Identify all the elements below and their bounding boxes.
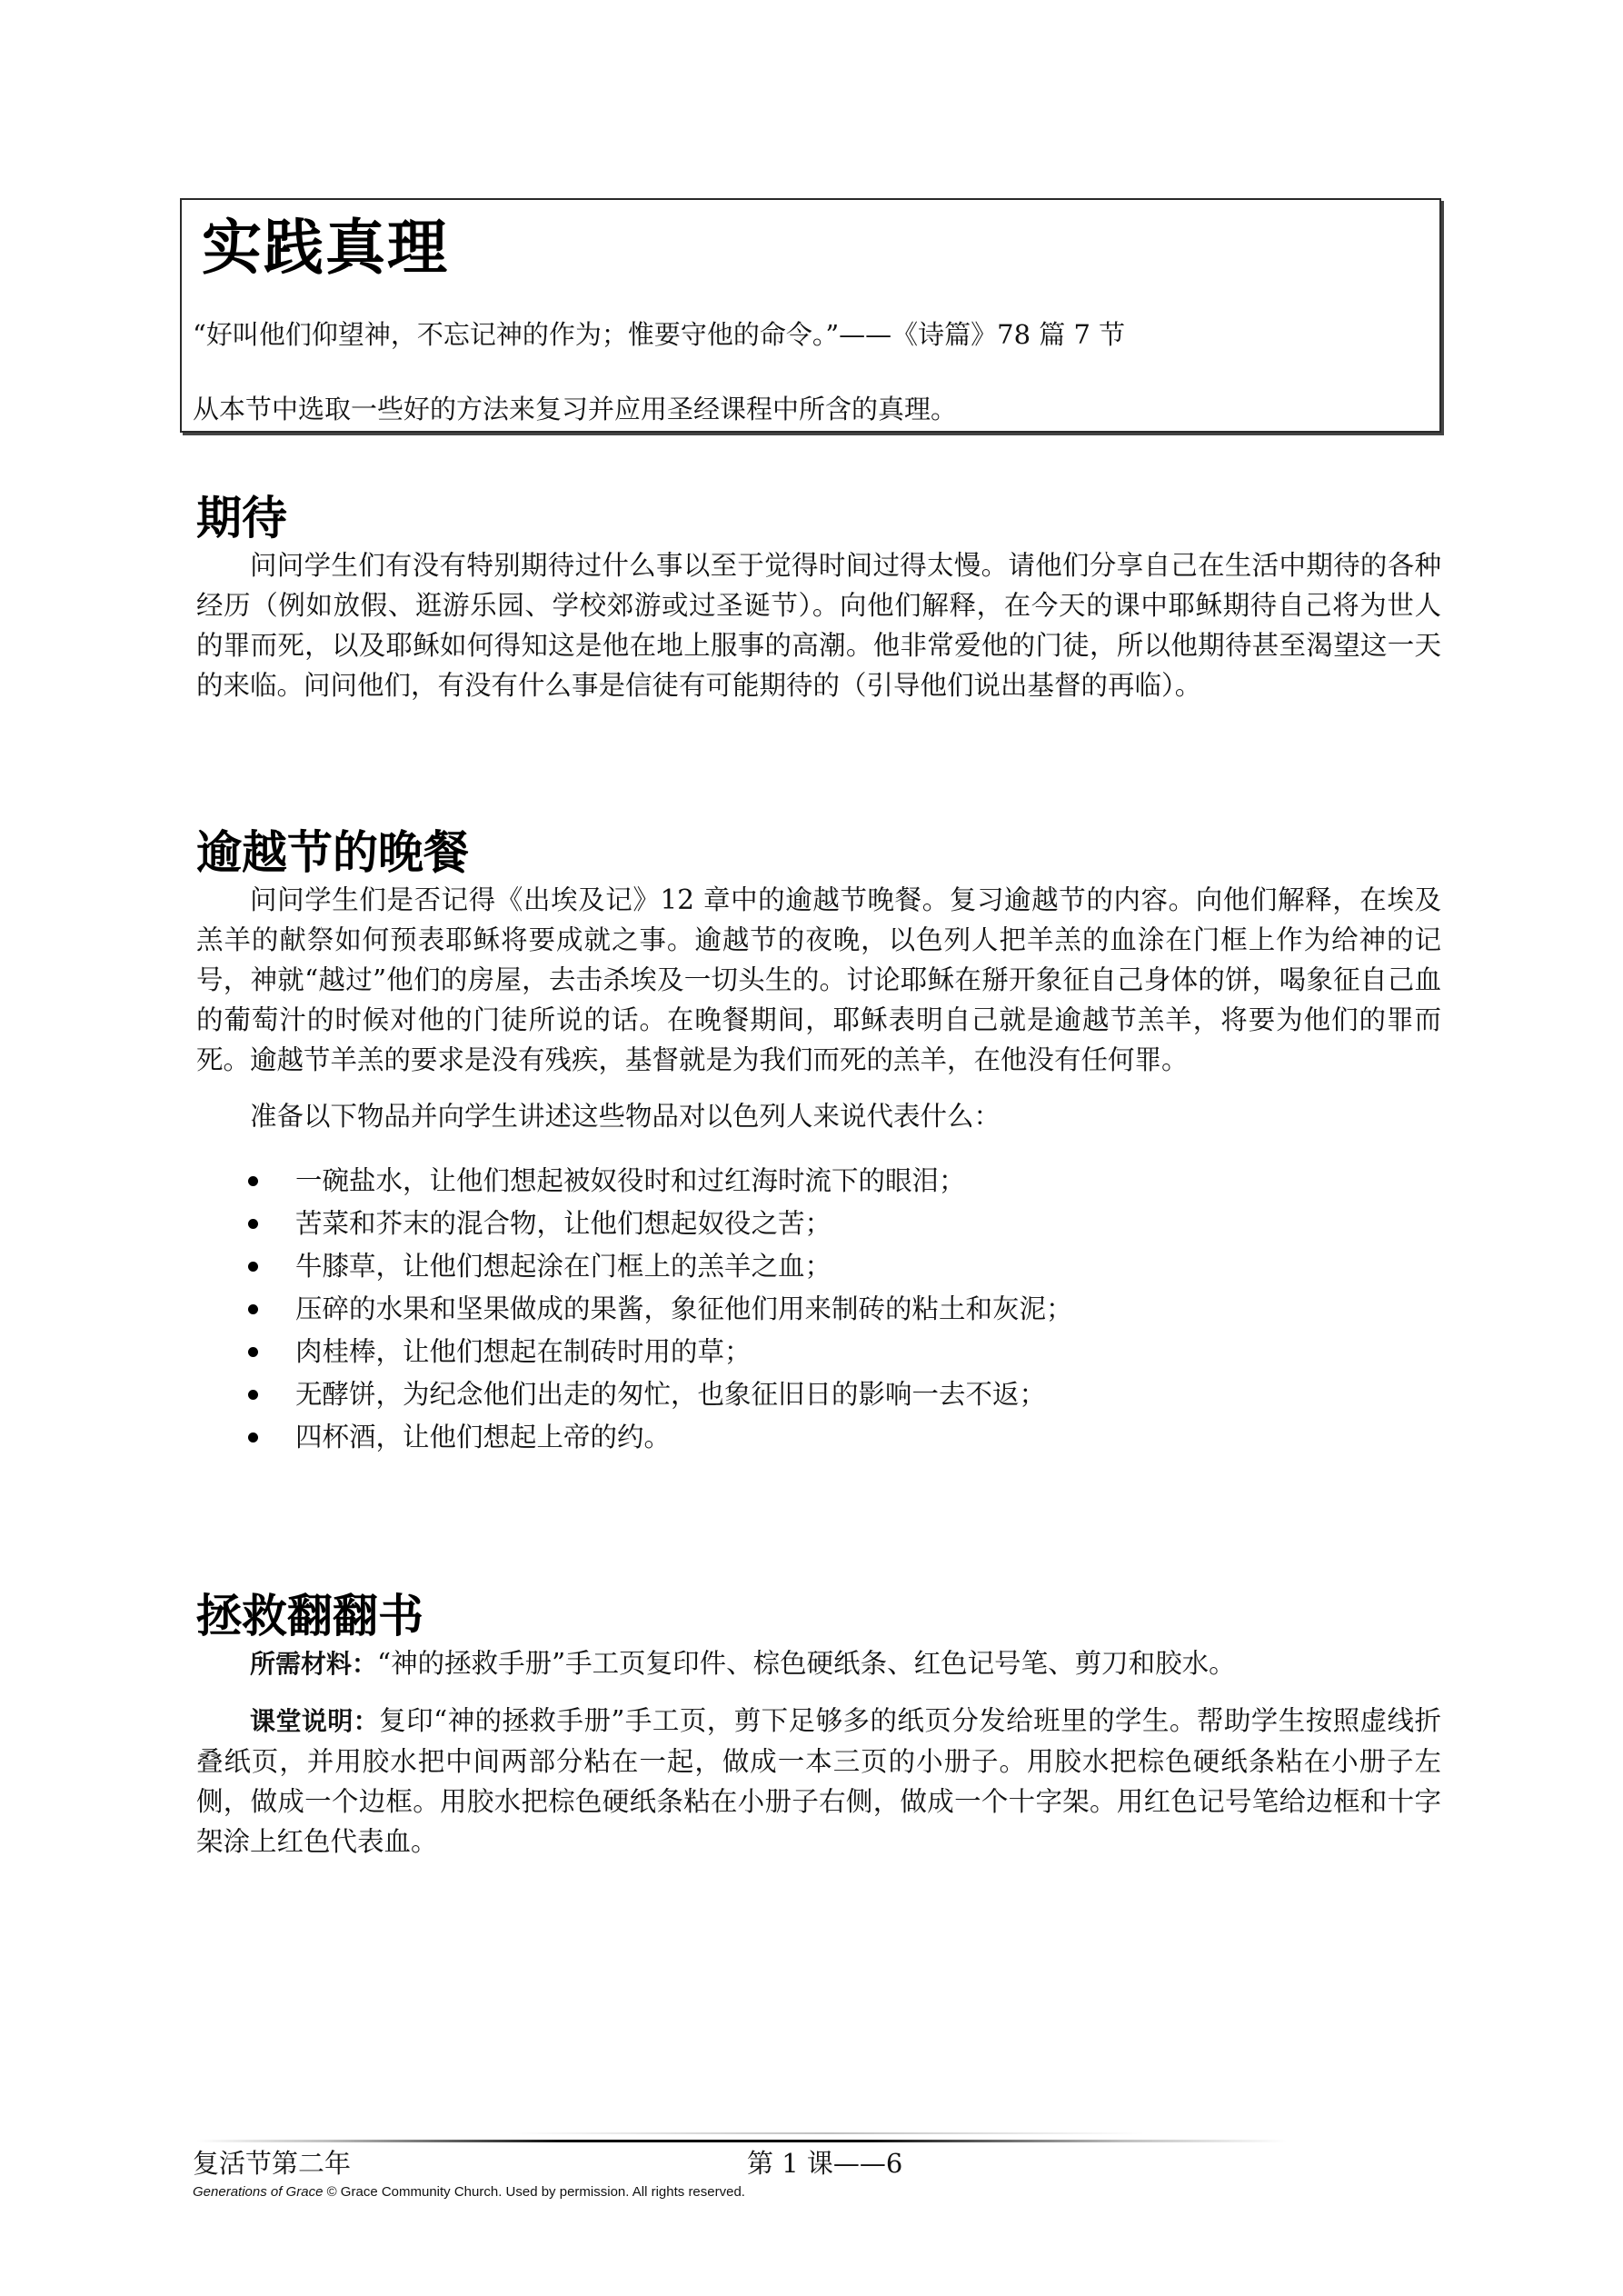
bullet-icon (248, 1304, 258, 1314)
section-anticipation: 期待 问问学生们有没有特别期待过什么事以至于觉得时间过得太慢。请他们分享自己在生… (196, 491, 1441, 705)
bullet-icon (248, 1219, 258, 1229)
truth-box-instruction: 从本节中选取一些好的方法来复习并应用圣经课程中所含的真理。 (193, 389, 957, 429)
bullet-icon (248, 1262, 258, 1272)
materials-text: “神的拯救手册”手工页复印件、棕色硬纸条、红色记号笔、剪刀和胶水。 (377, 1648, 1236, 1679)
list-item: 压碎的水果和坚果做成的果酱，象征他们用来制砖的粘土和灰泥； (196, 1288, 1441, 1331)
instructions-paragraph: 课堂说明：复印“神的拯救手册”手工页，剪下足够多的纸页分发给班里的学生。帮助学生… (196, 1701, 1441, 1862)
passover-items-intro: 准备以下物品并向学生讲述这些物品对以色列人来说代表什么： (196, 1096, 1441, 1136)
section-heading-flipbook: 拯救翻翻书 (196, 1589, 1441, 1643)
footer-copyright: Generations of Grace © Grace Community C… (193, 2183, 745, 2201)
list-item: 肉桂棒，让他们想起在制砖时用的草； (196, 1331, 1441, 1373)
footer-rule-highlight (509, 2132, 1145, 2134)
footer-page-number: 第 1 课——6 (747, 2145, 902, 2181)
list-item: 无酵饼，为纪念他们出走的匆忙，也象征旧日的影响一去不返； (196, 1373, 1441, 1416)
list-item: 牛膝草，让他们想起涂在门框上的羔羊之血； (196, 1245, 1441, 1288)
truth-box-title: 实践真理 (202, 209, 449, 285)
list-item: 四杯酒，让他们想起上帝的约。 (196, 1416, 1441, 1459)
passover-paragraph: 问问学生们是否记得《出埃及记》12 章中的逾越节晚餐。复习逾越节的内容。向他们解… (196, 880, 1441, 1080)
bullet-icon (248, 1433, 258, 1442)
bullet-icon (248, 1176, 258, 1186)
bullet-icon (248, 1390, 258, 1400)
instructions-label: 课堂说明： (250, 1706, 379, 1736)
footer-divider (196, 2140, 1287, 2142)
instructions-text: 复印“神的拯救手册”手工页，剪下足够多的纸页分发给班里的学生。帮助学生按照虚线折… (196, 1705, 1441, 1857)
truth-box: 实践真理 “好叫他们仰望神，不忘记神的作为；惟要守他的命令。”——《诗篇》78 … (180, 198, 1441, 433)
section-heading-passover: 逾越节的晚餐 (196, 825, 1441, 880)
materials-label: 所需材料： (250, 1649, 377, 1679)
materials-paragraph: 所需材料：“神的拯救手册”手工页复印件、棕色硬纸条、红色记号笔、剪刀和胶水。 (196, 1643, 1441, 1684)
scripture-quote: “好叫他们仰望神，不忘记神的作为；惟要守他的命令。”——《诗篇》78 篇 7 节 (193, 314, 1125, 354)
bullet-icon (248, 1347, 258, 1357)
passover-items-list: 一碗盐水，让他们想起被奴役时和过红海时流下的眼泪； 苦菜和芥末的混合物，让他们想… (196, 1160, 1441, 1459)
footer-series: 复活节第二年 (193, 2145, 351, 2181)
section-heading-anticipation: 期待 (196, 491, 1441, 545)
section-passover: 逾越节的晚餐 问问学生们是否记得《出埃及记》12 章中的逾越节晚餐。复习逾越节的… (196, 825, 1441, 1459)
section-flipbook: 拯救翻翻书 所需材料：“神的拯救手册”手工页复印件、棕色硬纸条、红色记号笔、剪刀… (196, 1589, 1441, 1862)
footer-copyright-text: © Grace Community Church. Used by permis… (323, 2184, 745, 2200)
list-item: 一碗盐水，让他们想起被奴役时和过红海时流下的眼泪； (196, 1160, 1441, 1203)
anticipation-paragraph: 问问学生们有没有特别期待过什么事以至于觉得时间过得太慢。请他们分享自己在生活中期… (196, 545, 1441, 705)
list-item: 苦菜和芥末的混合物，让他们想起奴役之苦； (196, 1203, 1441, 1245)
footer-copyright-title: Generations of Grace (193, 2184, 323, 2200)
